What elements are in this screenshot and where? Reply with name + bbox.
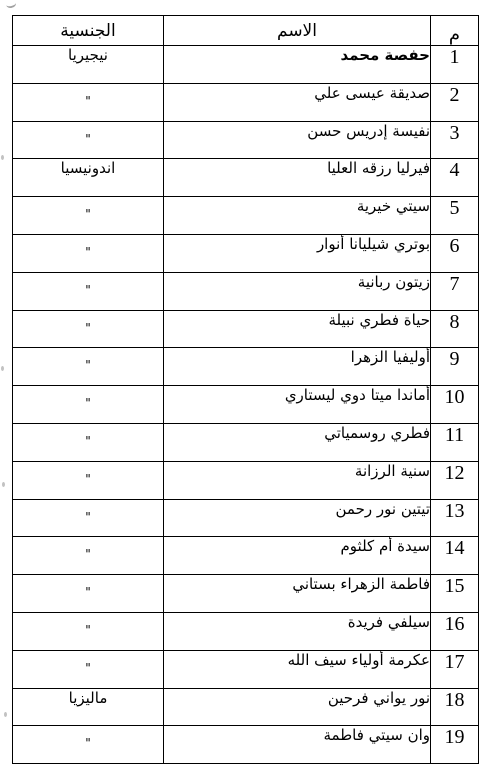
cell-nationality: ": [13, 310, 164, 348]
cell-name: سيلفي فريدة: [164, 612, 431, 650]
cell-nationality: ": [13, 726, 164, 764]
cell-nationality: اندونيسيا: [13, 159, 164, 197]
cell-nationality: ": [13, 197, 164, 235]
cell-name: أوليفيا الزهرا: [164, 348, 431, 386]
scan-speck: [4, 712, 7, 717]
scan-speck: [1, 155, 4, 160]
cell-nationality: ": [13, 121, 164, 159]
cell-name: وان سيتي فاطمة: [164, 726, 431, 764]
table-row: 13 تيتين نور رحمن ": [13, 499, 479, 537]
cell-number: 4: [431, 159, 479, 197]
scan-artifact: [5, 0, 16, 9]
cell-name: عكرمة أولياء سيف الله: [164, 650, 431, 688]
cell-number: 19: [431, 726, 479, 764]
cell-nationality: ": [13, 650, 164, 688]
cell-number: 2: [431, 83, 479, 121]
table-row: 9 أوليفيا الزهرا ": [13, 348, 479, 386]
cell-nationality: ": [13, 386, 164, 424]
document-page: { "table": { "headers": { "number": "م",…: [0, 0, 486, 781]
cell-number: 13: [431, 499, 479, 537]
table-row: 14 سيدة أم كلثوم ": [13, 537, 479, 575]
cell-nationality: ": [13, 499, 164, 537]
cell-name: نور يواني فرحين: [164, 688, 431, 726]
cell-name: سنية الرزانة: [164, 461, 431, 499]
cell-number: 14: [431, 537, 479, 575]
cell-number: 7: [431, 272, 479, 310]
cell-number: 5: [431, 197, 479, 235]
table-row: 3 نفيسة إدريس حسن ": [13, 121, 479, 159]
table-row: 2 صديقة عيسى علي ": [13, 83, 479, 121]
cell-name: نفيسة إدريس حسن: [164, 121, 431, 159]
cell-name: أماندا ميتا دوي ليستاري: [164, 386, 431, 424]
cell-name: حفصة محمد: [164, 46, 431, 84]
cell-number: 15: [431, 575, 479, 613]
header-number: م: [431, 16, 479, 46]
cell-nationality: ": [13, 83, 164, 121]
table-row: 16 سيلفي فريدة ": [13, 612, 479, 650]
cell-name: حياة فطري نبيلة: [164, 310, 431, 348]
cell-number: 8: [431, 310, 479, 348]
students-table: م الاسم الجنسية 1 حفصة محمد نيجيريا 2 صد…: [12, 15, 479, 764]
cell-nationality: نيجيريا: [13, 46, 164, 84]
table-row: 19 وان سيتي فاطمة ": [13, 726, 479, 764]
cell-name: زيتون ربانية: [164, 272, 431, 310]
cell-number: 10: [431, 386, 479, 424]
table-row: 11 فطري روسمياتي ": [13, 423, 479, 461]
cell-nationality: ": [13, 348, 164, 386]
cell-name: بوتري شيليانا أنوار: [164, 234, 431, 272]
cell-nationality: ماليزيا: [13, 688, 164, 726]
cell-number: 16: [431, 612, 479, 650]
cell-nationality: ": [13, 612, 164, 650]
table-row: 7 زيتون ربانية ": [13, 272, 479, 310]
cell-nationality: ": [13, 423, 164, 461]
cell-name: سيدة أم كلثوم: [164, 537, 431, 575]
table-row: 12 سنية الرزانة ": [13, 461, 479, 499]
table-row: 8 حياة فطري نبيلة ": [13, 310, 479, 348]
cell-name: فطري روسمياتي: [164, 423, 431, 461]
scan-speck: [1, 366, 4, 371]
header-row: م الاسم الجنسية: [13, 16, 479, 46]
cell-nationality: ": [13, 234, 164, 272]
cell-number: 1: [431, 46, 479, 84]
cell-number: 6: [431, 234, 479, 272]
table-row: 5 سيتي خيرية ": [13, 197, 479, 235]
header-nationality: الجنسية: [13, 16, 164, 46]
header-name: الاسم: [164, 16, 431, 46]
cell-number: 3: [431, 121, 479, 159]
cell-nationality: ": [13, 575, 164, 613]
cell-name: فيرليا رزقه العليا: [164, 159, 431, 197]
cell-number: 9: [431, 348, 479, 386]
table-row: 1 حفصة محمد نيجيريا: [13, 46, 479, 84]
table-row: 4 فيرليا رزقه العليا اندونيسيا: [13, 159, 479, 197]
cell-name: تيتين نور رحمن: [164, 499, 431, 537]
cell-nationality: ": [13, 272, 164, 310]
scan-speck: [2, 482, 5, 487]
table-row: 17 عكرمة أولياء سيف الله ": [13, 650, 479, 688]
table-row: 15 فاطمة الزهراء بستاني ": [13, 575, 479, 613]
table-row: 18 نور يواني فرحين ماليزيا: [13, 688, 479, 726]
table-row: 6 بوتري شيليانا أنوار ": [13, 234, 479, 272]
cell-number: 11: [431, 423, 479, 461]
cell-name: فاطمة الزهراء بستاني: [164, 575, 431, 613]
cell-number: 18: [431, 688, 479, 726]
cell-number: 17: [431, 650, 479, 688]
cell-name: سيتي خيرية: [164, 197, 431, 235]
cell-nationality: ": [13, 537, 164, 575]
cell-number: 12: [431, 461, 479, 499]
table-row: 10 أماندا ميتا دوي ليستاري ": [13, 386, 479, 424]
cell-name: صديقة عيسى علي: [164, 83, 431, 121]
cell-nationality: ": [13, 461, 164, 499]
